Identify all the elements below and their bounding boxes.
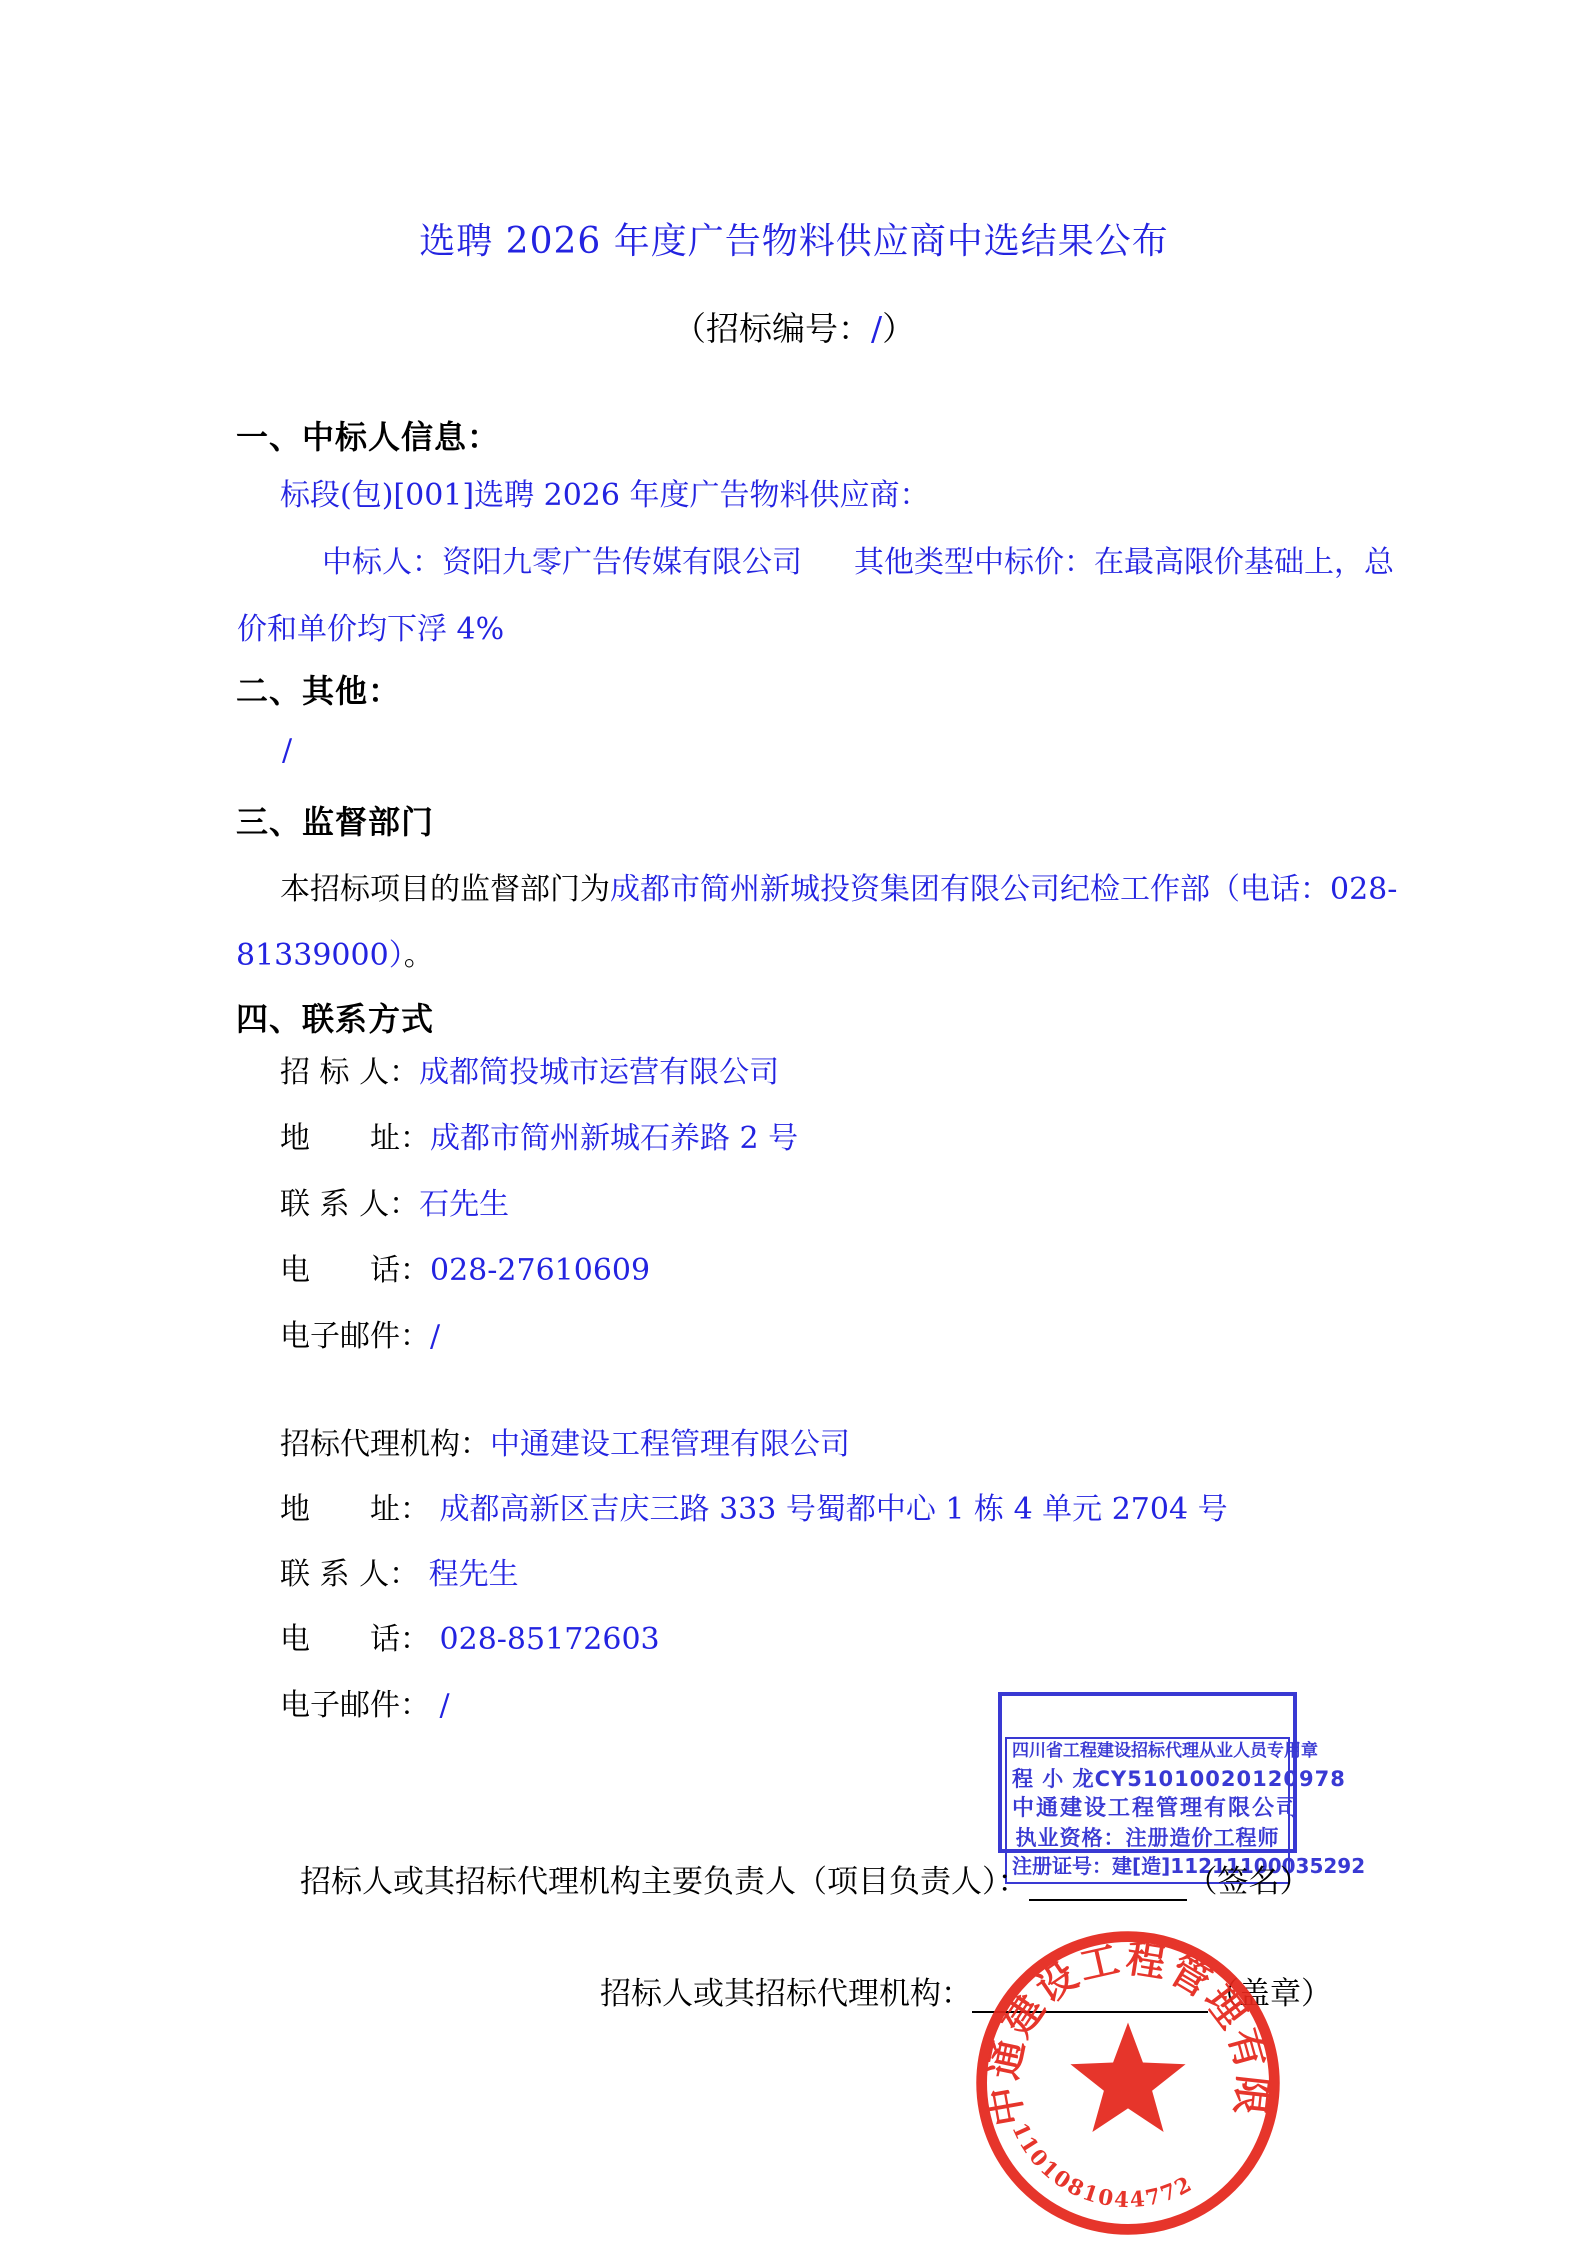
row-label: 招 标 人： xyxy=(280,1055,419,1090)
row-label: 联 系 人： xyxy=(280,1557,419,1592)
tenderer-row-email: 电子邮件：/ xyxy=(280,1311,440,1355)
agency-row-phone: 电 话： 028-85172603 xyxy=(280,1614,660,1658)
tenderer-row-name: 招 标 人：成都简投城市运营有限公司 xyxy=(280,1047,779,1091)
supervision-line2: 81339000）。 xyxy=(236,930,434,974)
tender-number-value: / xyxy=(871,309,882,348)
row-value: 成都市简州新城石养路 2 号 xyxy=(430,1121,798,1156)
price-value-line1: 在最高限价基础上，总 xyxy=(1094,545,1394,580)
row-value: 石先生 xyxy=(419,1187,509,1222)
row-label: 电 话： xyxy=(280,1622,430,1657)
document-page: 选聘 2026 年度广告物料供应商中选结果公布 （招标编号：/） 一、中标人信息… xyxy=(0,0,1588,2244)
signature2-prefix: 招标人或其招标代理机构： xyxy=(600,1976,972,2012)
row-label: 招标代理机构： xyxy=(280,1427,490,1462)
stamp-line-qualification: 执业资格：注册造价工程师 xyxy=(1012,1827,1283,1849)
practitioner-stamp: 四川省工程建设招标代理从业人员专用章 程 小 龙CY51010020120978… xyxy=(998,1692,1297,1853)
stamp-line-company: 中通建设工程管理有限公司 xyxy=(1012,1797,1283,1820)
winner-value: 资阳九零广告传媒有限公司 xyxy=(442,545,802,580)
tenderer-row-contact: 联 系 人：石先生 xyxy=(280,1179,509,1223)
company-seal: 中通建设工程管理有限公司 1101081044772 xyxy=(967,1922,1289,2244)
tenderer-row-address: 地 址：成都市简州新城石养路 2 号 xyxy=(280,1113,798,1157)
row-value: 成都简投城市运营有限公司 xyxy=(419,1055,779,1090)
supervision-value-line2: 81339000） xyxy=(236,938,404,973)
price-label: 其他类型中标价： xyxy=(854,545,1094,580)
section2-heading: 二、其他： xyxy=(236,666,401,712)
agency-row-email: 电子邮件： / xyxy=(280,1680,450,1724)
section1-heading: 一、中标人信息： xyxy=(236,412,500,458)
row-label: 电子邮件： xyxy=(280,1688,430,1723)
row-value: / xyxy=(430,1688,450,1723)
winner-label: 中标人： xyxy=(322,545,442,580)
row-value: / xyxy=(430,1319,440,1354)
row-label: 地 址： xyxy=(280,1492,430,1527)
tender-number-suffix: ） xyxy=(882,309,915,348)
row-label: 地 址： xyxy=(280,1121,430,1156)
tender-number-prefix: （招标编号： xyxy=(673,309,871,348)
signature1-prefix: 招标人或其招标代理机构主要负责人（项目负责人）： xyxy=(300,1864,1029,1900)
page-title: 选聘 2026 年度广告物料供应商中选结果公布 xyxy=(0,213,1588,264)
signature1-suffix: （签名） xyxy=(1187,1864,1311,1900)
agency-row-contact: 联 系 人： 程先生 xyxy=(280,1549,519,1593)
agency-row-address: 地 址： 成都高新区吉庆三路 333 号蜀都中心 1 栋 4 单元 2704 号 xyxy=(280,1484,1228,1528)
row-value: 028-85172603 xyxy=(430,1622,660,1657)
row-label: 电子邮件： xyxy=(280,1319,430,1354)
section3-heading: 三、监督部门 xyxy=(236,797,434,843)
stamp-line-title: 四川省工程建设招标代理从业人员专用章 xyxy=(1012,1743,1283,1761)
row-value: 成都高新区吉庆三路 333 号蜀都中心 1 栋 4 单元 2704 号 xyxy=(430,1492,1228,1527)
row-value: 028-27610609 xyxy=(430,1253,650,1288)
lot-line: 标段(包)[001]选聘 2026 年度广告物料供应商： xyxy=(280,470,930,514)
supervision-suffix: 。 xyxy=(404,938,434,973)
supervision-line1: 本招标项目的监督部门为成都市简州新城投资集团有限公司纪检工作部（电话：028- xyxy=(280,864,1397,908)
signature-line-principal: 招标人或其招标代理机构主要负责人（项目负责人）：（签名） xyxy=(300,1856,1311,1901)
tenderer-row-phone: 电 话：028-27610609 xyxy=(280,1245,650,1289)
price-value-line2: 价和单价均下浮 4% xyxy=(237,604,504,648)
row-label: 电 话： xyxy=(280,1253,430,1288)
supervision-prefix: 本招标项目的监督部门为 xyxy=(280,872,610,907)
row-value: 中通建设工程管理有限公司 xyxy=(490,1427,850,1462)
row-value: 程先生 xyxy=(419,1557,519,1592)
signature1-blank xyxy=(1029,1865,1187,1901)
agency-row-name: 招标代理机构：中通建设工程管理有限公司 xyxy=(280,1419,850,1463)
seal-star-icon xyxy=(1070,2023,1185,2132)
stamp-line-person: 程 小 龙CY51010020120978 xyxy=(1012,1768,1283,1790)
section2-value: / xyxy=(282,733,292,768)
winner-line: 中标人：资阳九零广告传媒有限公司其他类型中标价：在最高限价基础上，总 xyxy=(322,537,1394,581)
tender-number-line: （招标编号：/） xyxy=(0,303,1588,350)
row-label: 联 系 人： xyxy=(280,1187,419,1222)
section4-heading: 四、联系方式 xyxy=(236,994,434,1040)
supervision-value-line1: 成都市简州新城投资集团有限公司纪检工作部（电话：028- xyxy=(610,872,1397,907)
